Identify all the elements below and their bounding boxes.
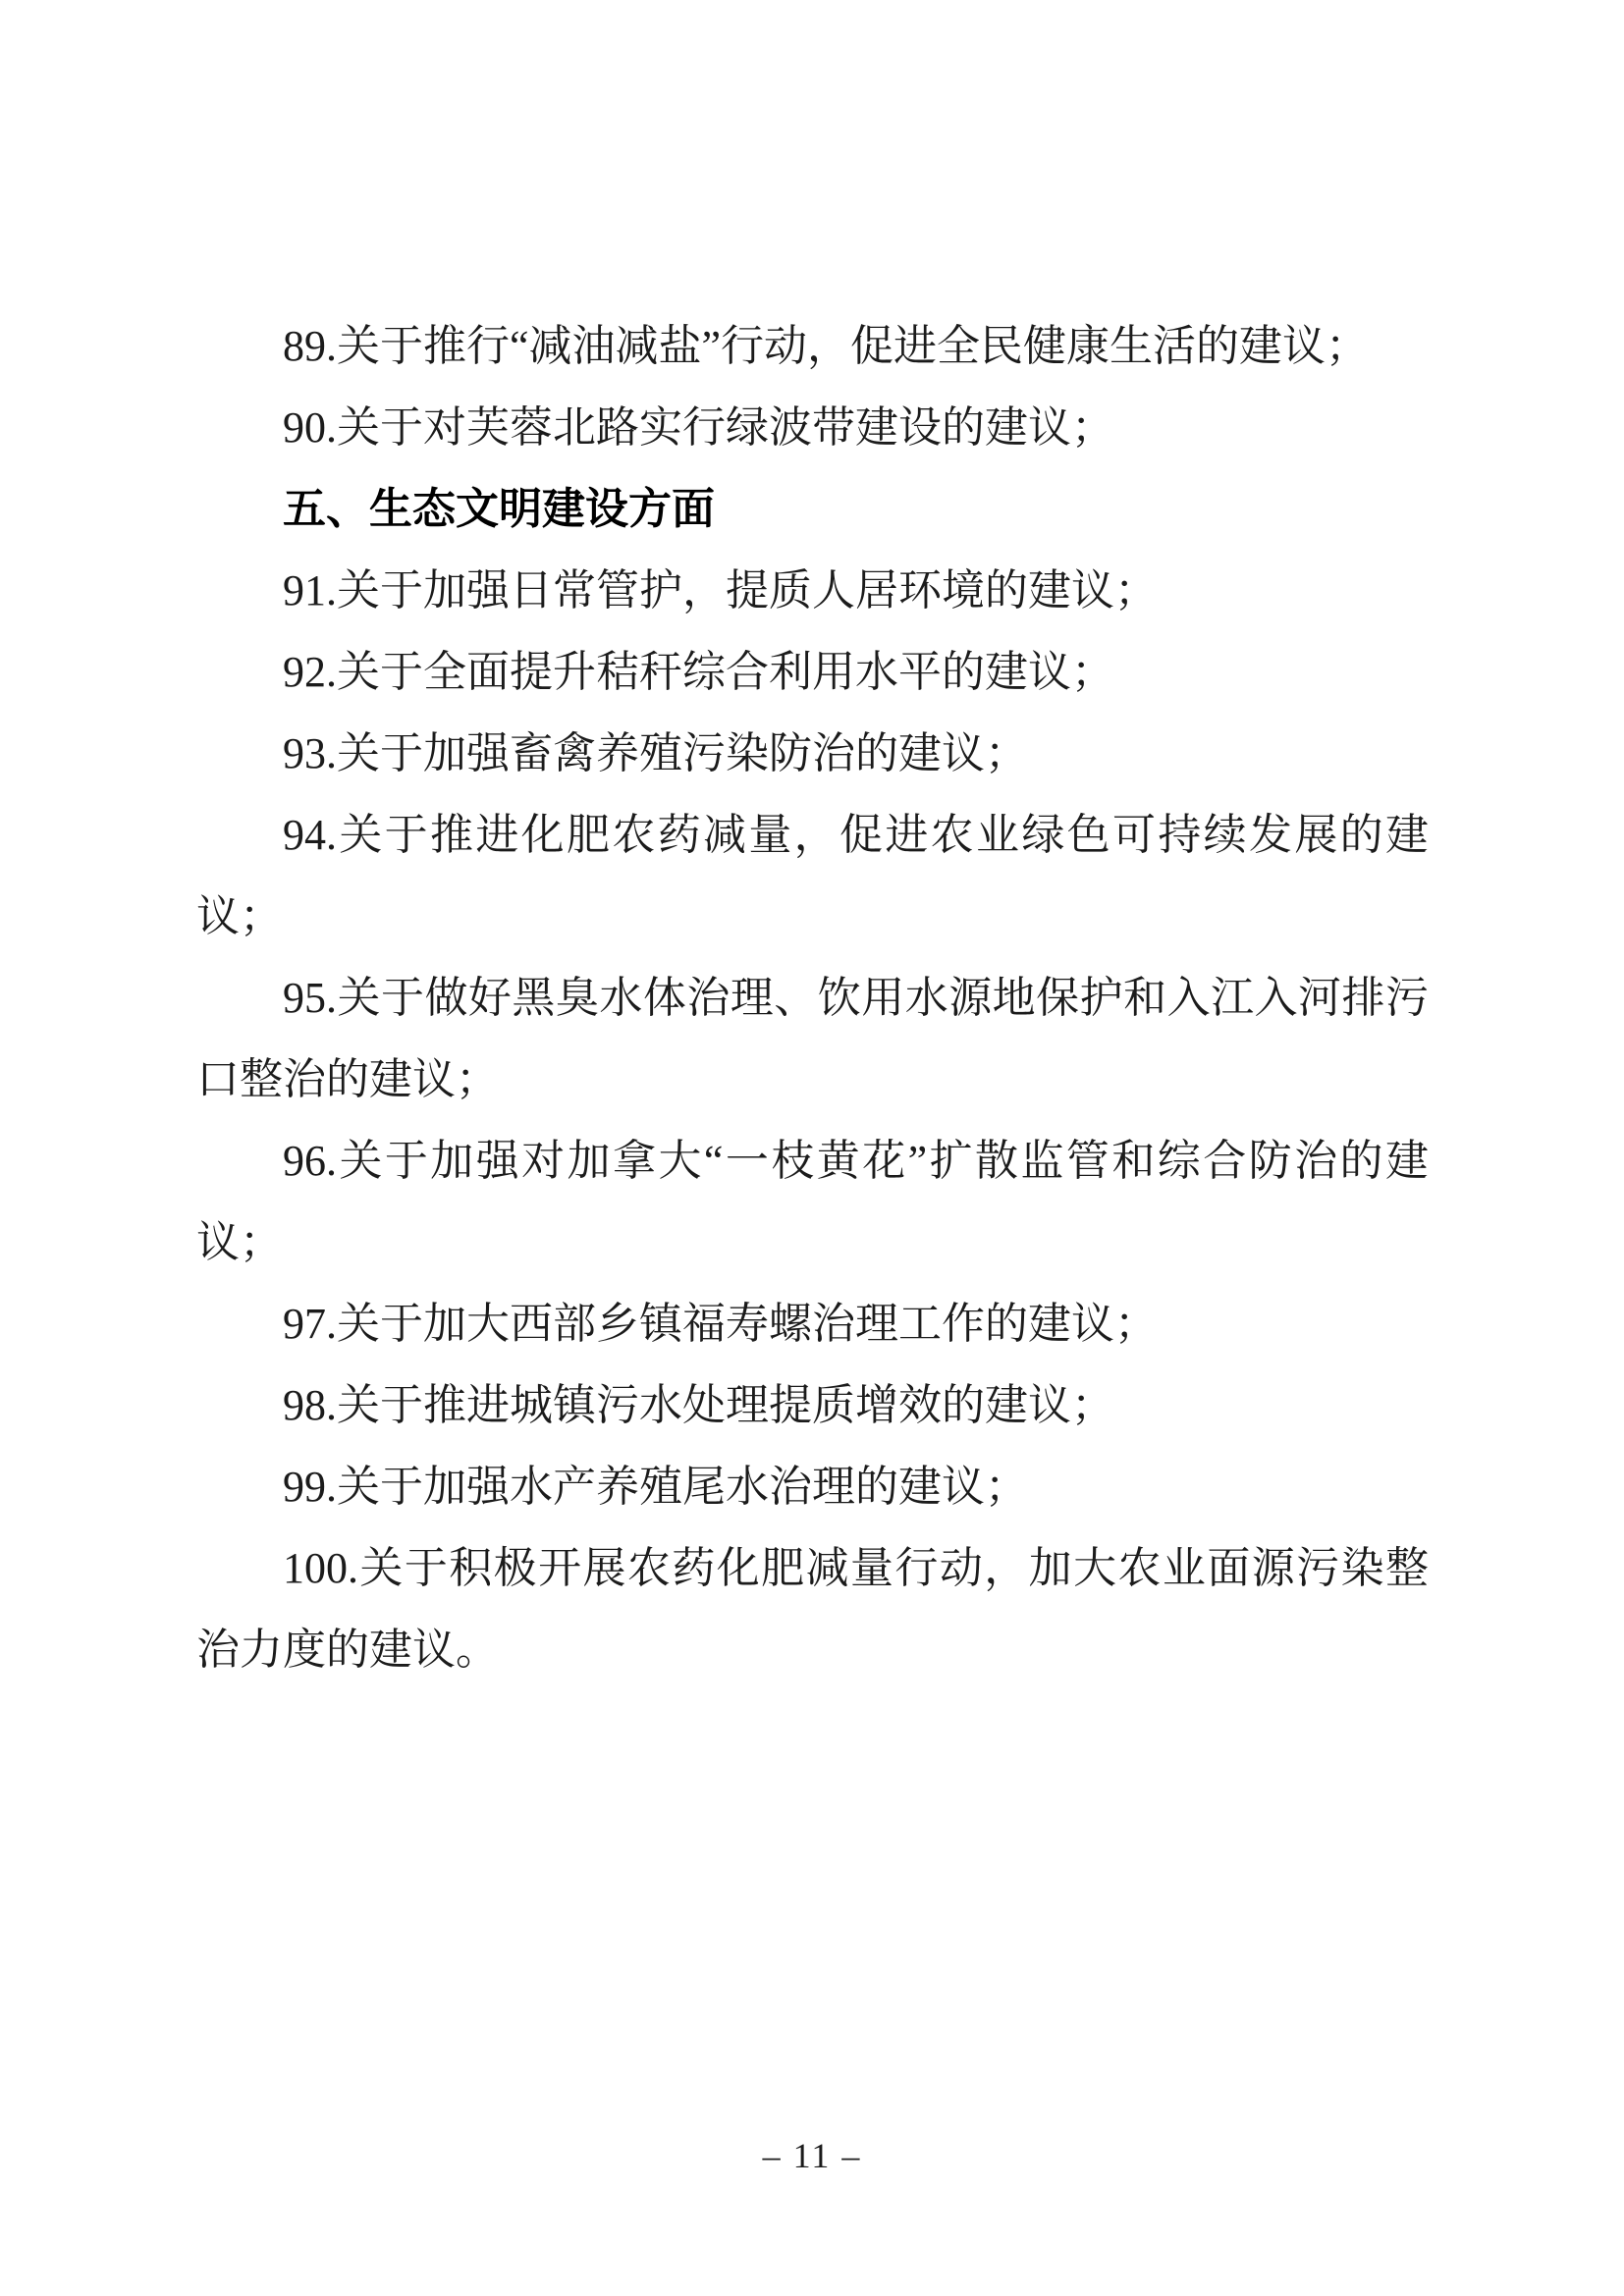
proposal-item-97: 97.关于加大西部乡镇福寿螺治理工作的建议； (196, 1283, 1429, 1364)
proposal-item-91: 91.关于加强日常管护，提质人居环境的建议； (196, 550, 1429, 631)
proposal-item-99: 99.关于加强水产养殖尾水治理的建议； (196, 1446, 1429, 1527)
proposal-item-89: 89.关于推行“减油减盐”行动，促进全民健康生活的建议； (196, 305, 1429, 387)
document-page: 89.关于推行“减油减盐”行动，促进全民健康生活的建议； 90.关于对芙蓉北路实… (0, 0, 1624, 2296)
proposal-item-90: 90.关于对芙蓉北路实行绿波带建设的建议； (196, 387, 1429, 468)
section-heading: 五、生态文明建设方面 (196, 468, 1429, 550)
proposal-item-92: 92.关于全面提升秸秆综合利用水平的建议； (196, 631, 1429, 713)
page-number: – 11 – (763, 2136, 862, 2175)
page-footer: – 11 – (0, 2132, 1624, 2179)
proposal-item-98: 98.关于推进城镇污水处理提质增效的建议； (196, 1364, 1429, 1446)
proposal-item-93: 93.关于加强畜禽养殖污染防治的建议； (196, 713, 1429, 794)
proposal-item-96: 96.关于加强对加拿大“一枝黄花”扩散监管和综合防治的建议； (196, 1120, 1429, 1283)
proposal-item-100: 100.关于积极开展农药化肥减量行动，加大农业面源污染整治力度的建议。 (196, 1527, 1429, 1690)
document-body: 89.关于推行“减油减盐”行动，促进全民健康生活的建议； 90.关于对芙蓉北路实… (196, 305, 1429, 1690)
proposal-item-94: 94.关于推进化肥农药减量，促进农业绿色可持续发展的建议； (196, 794, 1429, 957)
proposal-item-95: 95.关于做好黑臭水体治理、饮用水源地保护和入江入河排污口整治的建议； (196, 957, 1429, 1120)
